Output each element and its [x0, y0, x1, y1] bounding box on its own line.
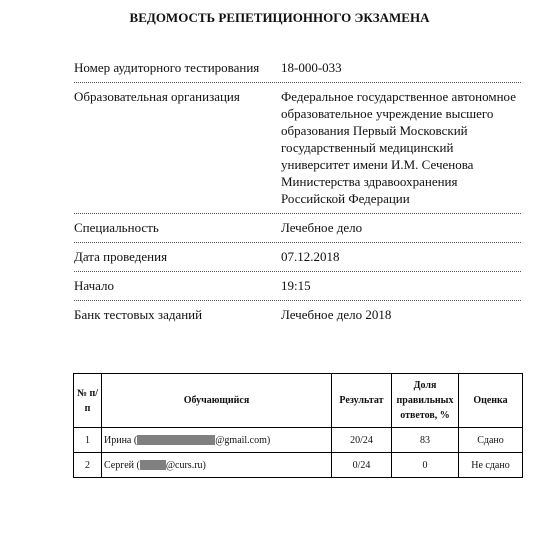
info-value: 19:15	[281, 277, 521, 294]
student-email-domain: @curs.ru)	[166, 460, 206, 471]
header-grade: Оценка	[459, 374, 523, 428]
cell-student: Ирина (@gmail.com)	[102, 428, 332, 453]
table-row: 2 Сергей (@curs.ru) 0/24 0 Не сдано	[74, 453, 523, 478]
redacted-block	[137, 435, 215, 445]
student-name: Сергей (	[104, 460, 140, 471]
info-row-start: Начало 19:15	[74, 272, 521, 301]
table-row: 1 Ирина (@gmail.com) 20/24 83 Сдано	[74, 428, 523, 453]
student-name: Ирина (	[104, 435, 137, 446]
info-value: Лечебное дело	[281, 219, 521, 236]
info-value: Федеральное государственное автономное о…	[281, 88, 521, 207]
cell-grade: Сдано	[459, 428, 523, 453]
info-value: Лечебное дело 2018	[281, 306, 521, 323]
header-percent: Доля правильных ответов, %	[392, 374, 459, 428]
results-table: № п/п Обучающийся Результат Доля правиль…	[73, 373, 523, 478]
header-student: Обучающийся	[102, 374, 332, 428]
info-label: Специальность	[74, 219, 281, 236]
exam-info: Номер аудиторного тестирования 18-000-03…	[74, 54, 521, 329]
cell-num: 1	[74, 428, 102, 453]
info-row-specialty: Специальность Лечебное дело	[74, 214, 521, 243]
header-num: № п/п	[74, 374, 102, 428]
info-row-test-number: Номер аудиторного тестирования 18-000-03…	[74, 54, 521, 83]
info-row-organization: Образовательная организация Федеральное …	[74, 83, 521, 214]
cell-num: 2	[74, 453, 102, 478]
info-label: Номер аудиторного тестирования	[74, 59, 281, 76]
cell-student: Сергей (@curs.ru)	[102, 453, 332, 478]
info-row-date: Дата проведения 07.12.2018	[74, 243, 521, 272]
info-value: 18-000-033	[281, 59, 521, 76]
student-email-domain: @gmail.com)	[215, 435, 270, 446]
info-value: 07.12.2018	[281, 248, 521, 265]
info-label: Образовательная организация	[74, 88, 281, 207]
info-label: Начало	[74, 277, 281, 294]
cell-grade: Не сдано	[459, 453, 523, 478]
cell-result: 20/24	[332, 428, 392, 453]
info-label: Банк тестовых заданий	[74, 306, 281, 323]
document-title: ВЕДОМОСТЬ РЕПЕТИЦИОННОГО ЭКЗАМЕНА	[0, 10, 559, 26]
info-label: Дата проведения	[74, 248, 281, 265]
cell-result: 0/24	[332, 453, 392, 478]
table-header-row: № п/п Обучающийся Результат Доля правиль…	[74, 374, 523, 428]
cell-percent: 0	[392, 453, 459, 478]
redacted-block	[140, 460, 166, 470]
info-row-test-bank: Банк тестовых заданий Лечебное дело 2018	[74, 301, 521, 329]
header-result: Результат	[332, 374, 392, 428]
cell-percent: 83	[392, 428, 459, 453]
